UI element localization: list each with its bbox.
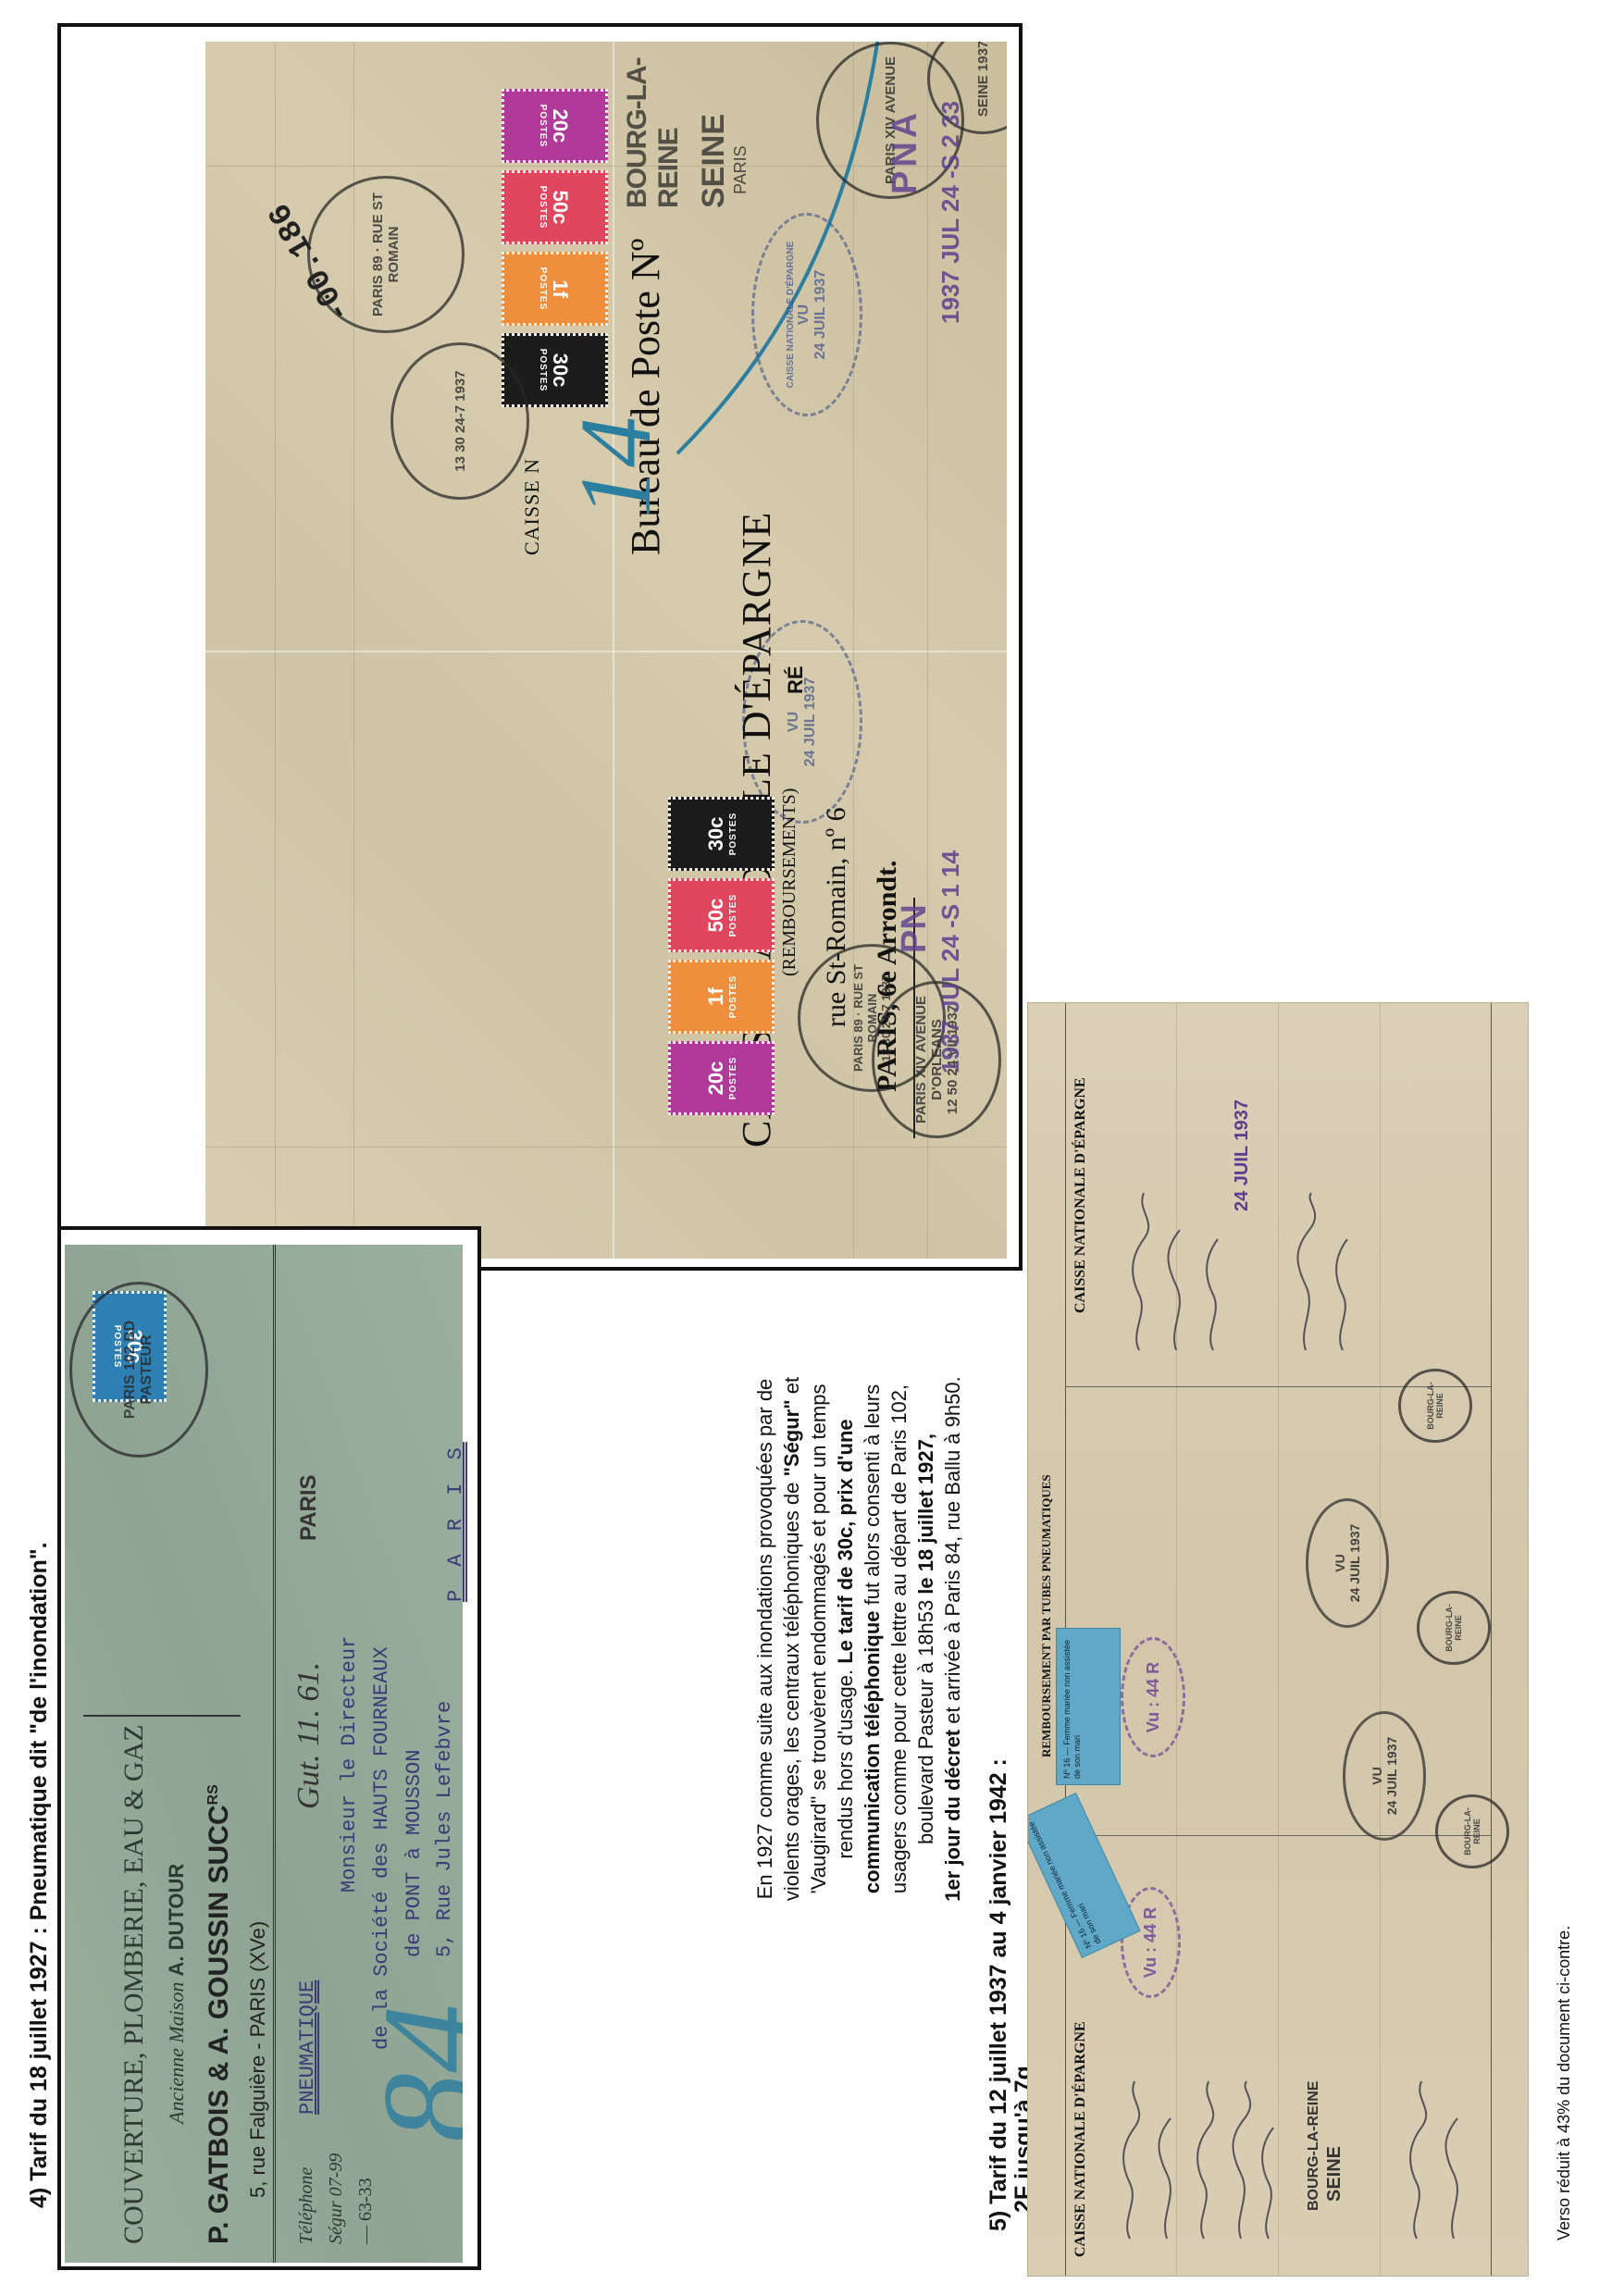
stamp-label: POSTES (538, 186, 548, 230)
letterhead-ancienne: Ancienne Maison A. DUTOUR (165, 1864, 189, 2124)
story-text: boulevard Pasteur à 18h53 (914, 1595, 937, 1844)
story-text: 'Vaugirard" se trouvèrent endommagés et … (807, 1384, 830, 1894)
letterhead-dutour: A. DUTOUR (165, 1864, 188, 1977)
addressee-line-1: Monsieur le Directeur (338, 1636, 361, 1893)
stamp-label: POSTES (728, 975, 738, 1019)
envelope-cancel-pasteur: PARIS 102 BD PASTEUR (69, 1282, 208, 1458)
stamp-value: 50c (548, 191, 572, 225)
letterhead-address: 5, rue Falguière - PARIS (XVe) (246, 1921, 270, 2198)
letterhead-ancienne-label: Ancienne Maison (165, 1982, 188, 2124)
cancel-paris89-upper-time: 13 30 24-7 1937 (452, 370, 468, 471)
stamp-value: 20c (548, 109, 572, 143)
stamp-label: POSTES (538, 105, 548, 148)
addressee-line-4: 5, Rue Jules Lefebvre (433, 1701, 456, 1957)
addressee-line-3: de PONT à MOUSSON (403, 1750, 426, 1957)
stamp-label: POSTES (728, 894, 738, 937)
stamp-value: 20c (704, 1061, 728, 1096)
pna-mark: PNA (886, 109, 925, 194)
story-line: 1er jour du décret et arrivée à Paris 84… (939, 991, 966, 2287)
lower-stamp-30c: 30cPOSTES (668, 797, 775, 871)
oval-date-text: 24 JUIL 1937 (812, 270, 829, 360)
verso-form-reduced[interactable]: REMBOURSEMENT PAR TUBES PNEUMATIQUES CAI… (1027, 1002, 1529, 2277)
story-text: En 1927 comme suite aux inondations prov… (753, 1379, 776, 1900)
letterhead-company: P. GATBOIS & A. GOUSSIN SUCCRS (204, 1784, 235, 2244)
blue-crayon-number: 84 (352, 2004, 463, 2142)
section-4-title: 4) Tarif du 18 juillet 1927 : Pneumatiqu… (26, 1542, 53, 2208)
story-text: violents orages, les centraux téléphoniq… (780, 1477, 803, 1902)
story-text: rendus hors d'usage. (834, 1664, 857, 1859)
story-text: et (780, 1377, 803, 1399)
handwriting-scribbles (1028, 1003, 1528, 2276)
story-line: rendus hors d'usage. Le tarif de 30c, pr… (832, 991, 859, 2287)
letterhead-rs: RS (205, 1784, 221, 1805)
stamp-value: 50c (704, 899, 728, 933)
pn-partial-mark: PN (895, 904, 935, 953)
story-line: violents orages, les centraux téléphoniq… (778, 991, 805, 2287)
envelope-cancel-text: PARIS 102 BD PASTEUR (122, 1285, 155, 1455)
blue-handwritten-number: 14 (557, 416, 675, 518)
stamp-label: POSTES (728, 813, 738, 856)
story-emphasis: le 18 juillet 1927, (914, 1433, 937, 1595)
oval-vu-text: VU (796, 304, 812, 325)
phone-label: Téléphone (296, 2167, 317, 2244)
address-dept: (REMBOURSEMENTS) (779, 788, 800, 976)
stamp-label: POSTES (538, 267, 548, 311)
letterhead-divider (83, 1715, 241, 1717)
story-line: usagers comme pour cette lettre au dépar… (886, 991, 912, 2287)
story-emphasis: communication téléphonique (861, 1611, 884, 1894)
exhibit-page: Formule "pneu de la Caisse d'épargne" de… (0, 0, 1624, 2296)
oval-vu-stamp: CAISSE NATIONALE D'ÉPARGNE VU 24 JUIL 19… (751, 213, 862, 416)
cancel-paris89-upper-ring: PARIS 89 · RUE ST ROMAIN (370, 179, 402, 330)
upper-stamp-50c: 50cPOSTES (502, 170, 608, 244)
historical-explanation: En 1927 comme suite aux inondations prov… (751, 991, 966, 2287)
section-5-title-line-1: 5) Tarif du 12 juillet 1937 au 4 janvier… (986, 1758, 1012, 2231)
stamp-value: 30c (548, 354, 572, 388)
lower-stamp-50c: 50cPOSTES (668, 878, 775, 952)
upper-stamp-20c: 20cPOSTES (502, 89, 608, 163)
handwritten-annotation: Gut. 11. 61. (291, 1662, 327, 1809)
story-line: En 1927 comme suite aux inondations prov… (751, 991, 778, 2287)
letterhead-rule (273, 1245, 276, 2263)
stamp-value: 1f (548, 279, 572, 298)
stamp-value: 1f (704, 987, 728, 1006)
letterhead-trade: COUVERTURE, PLOMBERIE, EAU & GAZ (118, 1724, 150, 2244)
pneumatique-mark: PNEUMATIQUE (296, 1980, 319, 2115)
story-emphasis: 1er jour du décret (941, 1730, 964, 1902)
addressee-line-2: de la Société des HAUTS FOURNEAUX (370, 1646, 393, 2050)
story-emphasis: "Ségur" (780, 1399, 803, 1476)
letterhead-company-name: P. GATBOIS & A. GOUSSIN SUCC (204, 1805, 234, 2244)
story-text: et arrivée à Paris 84, rue Ballu à 9h50. (941, 1376, 964, 1730)
story-emphasis: Le tarif de 30c, prix d'une (834, 1419, 857, 1663)
story-line: 'Vaugirard" se trouvèrent endommagés et … (805, 991, 832, 2287)
stamp-label: POSTES (728, 1057, 738, 1100)
story-line: boulevard Pasteur à 18h53 le 18 juillet … (912, 991, 939, 2287)
timestamp-upper: 1937 JUL 24 -S 2 33 (936, 101, 965, 324)
upper-stamp-1f: 1fPOSTES (502, 252, 608, 326)
stamp-label: POSTES (538, 349, 548, 392)
caisse-partial-text: CAISSE N (520, 458, 544, 555)
phone-number-1: Ségur 07-99 (326, 2153, 347, 2244)
verso-caption: Verso réduit à 43% du document ci-contre… (1555, 1926, 1574, 2240)
cancel-paris89-upper-2: 13 30 24-7 1937 (391, 342, 529, 500)
cancel-paris89-upper: PARIS 89 · RUE ST ROMAIN (307, 176, 465, 333)
addressee-city: P A R I S (444, 1442, 467, 1602)
story-line: communication téléphonique fut alors con… (859, 991, 886, 2287)
re-partial-text: RÉ (784, 665, 808, 694)
oval-ring-text: CAISSE NATIONALE D'ÉPARGNE (786, 242, 796, 389)
oval-vu-text-2: VU (786, 712, 802, 732)
cancel-seine-text: SEINE 1937 (975, 42, 991, 117)
stamp-strip-upper: 20cPOSTES50cPOSTES1fPOSTES30cPOSTES (502, 89, 608, 407)
phone-number-2: — 63-33 (355, 2178, 377, 2244)
story-text: usagers comme pour cette lettre au dépar… (887, 1384, 911, 1893)
green-pneumatic-envelope[interactable]: COUVERTURE, PLOMBERIE, EAU & GAZ Ancienn… (65, 1245, 463, 2263)
story-text: fut alors consenti à leurs (861, 1384, 884, 1611)
paris-stamp: PARIS (296, 1474, 322, 1541)
stamp-value: 30c (704, 817, 728, 851)
